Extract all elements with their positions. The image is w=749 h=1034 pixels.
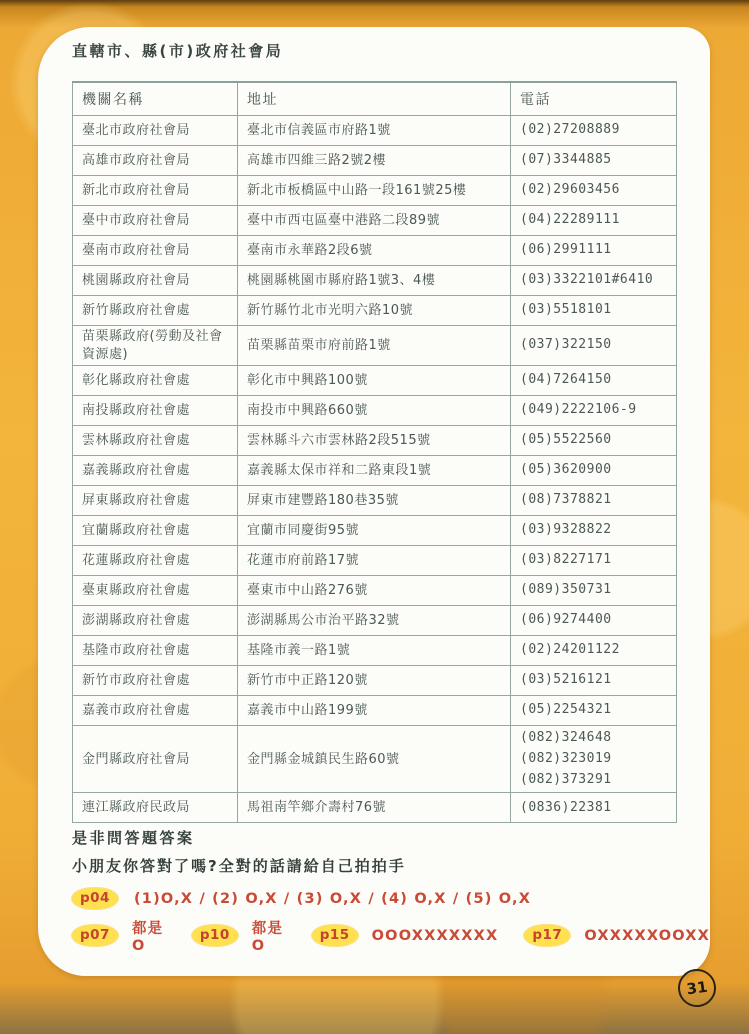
page-ref-badge: p04 — [72, 888, 118, 909]
answers-line-2: p07都是Op10都是Op15OOOXXXXXXXp17OXXXXXOOXX — [72, 917, 710, 954]
page-ref-badge: p07 — [72, 925, 118, 946]
book-page: 直轄市、縣(市)政府社會局 機關名稱 地址 電話 臺北市政府社會局臺北市信義區市… — [38, 27, 710, 976]
header-phone: 電話 — [511, 82, 677, 116]
phone-number: (082)373291 — [520, 770, 670, 791]
phone-cell: (03)3322101#6410 — [511, 266, 677, 296]
phone-cell: (0836)22381 — [511, 793, 677, 823]
table-row: 宜蘭縣政府社會處宜蘭市同慶街95號(03)9328822 — [73, 516, 677, 546]
address-cell: 桃園縣桃園市縣府路1號3、4樓 — [238, 266, 511, 296]
table-row: 雲林縣政府社會處雲林縣斗六市雲林路2段515號(05)5522560 — [73, 426, 677, 456]
org-name-cell: 高雄市政府社會局 — [73, 146, 238, 176]
phone-cell: (02)27208889 — [511, 116, 677, 146]
org-name-cell: 新竹縣政府社會處 — [73, 296, 238, 326]
org-name-cell: 苗栗縣政府(勞動及社會資源處) — [73, 326, 238, 366]
answer-text: 都是O — [252, 917, 286, 954]
phone-cell: (089)350731 — [511, 576, 677, 606]
phone-number: (05)3620900 — [520, 460, 670, 481]
address-cell: 花蓮市府前路17號 — [238, 546, 511, 576]
phone-cell: (06)2991111 — [511, 236, 677, 266]
address-cell: 基隆市義一路1號 — [238, 636, 511, 666]
table-row: 連江縣政府民政局馬祖南竿鄉介壽村76號(0836)22381 — [73, 793, 677, 823]
org-name-cell: 澎湖縣政府社會處 — [73, 606, 238, 636]
phone-number: (02)27208889 — [520, 120, 670, 141]
address-cell: 嘉義市中山路199號 — [238, 696, 511, 726]
table-row: 臺中市政府社會局臺中市西屯區臺中港路二段89號(04)22289111 — [73, 206, 677, 236]
phone-number: (05)2254321 — [520, 700, 670, 721]
phone-number: (04)7264150 — [520, 370, 670, 391]
table-row: 彰化縣政府社會處彰化市中興路100號(04)7264150 — [73, 366, 677, 396]
phone-number: (03)3322101#6410 — [520, 270, 670, 291]
phone-number: (03)5216121 — [520, 670, 670, 691]
address-cell: 嘉義縣太保市祥和二路東段1號 — [238, 456, 511, 486]
org-name-cell: 雲林縣政府社會處 — [73, 426, 238, 456]
address-cell: 澎湖縣馬公市治平路32號 — [238, 606, 511, 636]
answer-group: p10都是O — [192, 917, 286, 954]
answer-text: (1)O,X / (2) O,X / (3) O,X / (4) O,X / (… — [134, 891, 531, 907]
phone-cell: (04)7264150 — [511, 366, 677, 396]
address-cell: 彰化市中興路100號 — [238, 366, 511, 396]
org-name-cell: 屏東縣政府社會處 — [73, 486, 238, 516]
directory-table: 機關名稱 地址 電話 臺北市政府社會局臺北市信義區市府路1號(02)272088… — [72, 81, 677, 823]
address-cell: 臺南市永華路2段6號 — [238, 236, 511, 266]
org-name-cell: 臺北市政府社會局 — [73, 116, 238, 146]
phone-number: (06)2991111 — [520, 240, 670, 261]
table-row: 基隆市政府社會處基隆市義一路1號(02)24201122 — [73, 636, 677, 666]
answer-group: p17OXXXXXOOXX — [524, 925, 710, 946]
page-ref-badge: p15 — [312, 925, 358, 946]
phone-number: (05)5522560 — [520, 430, 670, 451]
address-cell: 宜蘭市同慶街95號 — [238, 516, 511, 546]
answers-heading: 是非問答題答案 — [72, 827, 195, 848]
table-row: 新竹縣政府社會處新竹縣竹北市光明六路10號(03)5518101 — [73, 296, 677, 326]
address-cell: 雲林縣斗六市雲林路2段515號 — [238, 426, 511, 456]
phone-cell: (05)2254321 — [511, 696, 677, 726]
address-cell: 臺北市信義區市府路1號 — [238, 116, 511, 146]
address-cell: 新北市板橋區中山路一段161號25樓 — [238, 176, 511, 206]
phone-cell: (08)7378821 — [511, 486, 677, 516]
org-name-cell: 新北市政府社會局 — [73, 176, 238, 206]
phone-cell: (04)22289111 — [511, 206, 677, 236]
org-name-cell: 桃園縣政府社會局 — [73, 266, 238, 296]
phone-number: (03)8227171 — [520, 550, 670, 571]
phone-cell: (03)8227171 — [511, 546, 677, 576]
phone-cell: (06)9274400 — [511, 606, 677, 636]
phone-cell: (05)5522560 — [511, 426, 677, 456]
answer-group: p07都是O — [72, 917, 166, 954]
table-row: 南投縣政府社會處南投市中興路660號(049)2222106-9 — [73, 396, 677, 426]
table-row: 苗栗縣政府(勞動及社會資源處)苗栗縣苗栗市府前路1號(037)322150 — [73, 326, 677, 366]
phone-number: (082)324648 — [520, 728, 670, 749]
phone-cell: (082)324648(082)323019(082)373291 — [511, 726, 677, 793]
answers-line-1: p04 (1)O,X / (2) O,X / (3) O,X / (4) O,X… — [72, 888, 531, 909]
answer-text: 都是O — [132, 917, 166, 954]
phone-number: (06)9274400 — [520, 610, 670, 631]
phone-cell: (037)322150 — [511, 326, 677, 366]
table-row: 新北市政府社會局新北市板橋區中山路一段161號25樓(02)29603456 — [73, 176, 677, 206]
table-row: 嘉義市政府社會處嘉義市中山路199號(05)2254321 — [73, 696, 677, 726]
org-name-cell: 連江縣政府民政局 — [73, 793, 238, 823]
org-name-cell: 臺南市政府社會局 — [73, 236, 238, 266]
table-row: 高雄市政府社會局高雄市四維三路2號2樓(07)3344885 — [73, 146, 677, 176]
table-row: 澎湖縣政府社會處澎湖縣馬公市治平路32號(06)9274400 — [73, 606, 677, 636]
phone-number: (049)2222106-9 — [520, 400, 670, 421]
phone-cell: (07)3344885 — [511, 146, 677, 176]
phone-cell: (02)24201122 — [511, 636, 677, 666]
phone-cell: (02)29603456 — [511, 176, 677, 206]
phone-number: (03)9328822 — [520, 520, 670, 541]
page-ref-badge: p17 — [524, 925, 570, 946]
table-row: 新竹市政府社會處新竹市中正路120號(03)5216121 — [73, 666, 677, 696]
table-row: 臺北市政府社會局臺北市信義區市府路1號(02)27208889 — [73, 116, 677, 146]
answers-subheading: 小朋友你答對了嗎?全對的話請給自己拍拍手 — [72, 855, 406, 876]
table-row: 金門縣政府社會局金門縣金城鎮民生路60號(082)324648(082)3230… — [73, 726, 677, 793]
org-name-cell: 金門縣政府社會局 — [73, 726, 238, 793]
phone-number: (04)22289111 — [520, 210, 670, 231]
phone-cell: (03)9328822 — [511, 516, 677, 546]
address-cell: 新竹縣竹北市光明六路10號 — [238, 296, 511, 326]
address-cell: 苗栗縣苗栗市府前路1號 — [238, 326, 511, 366]
address-cell: 金門縣金城鎮民生路60號 — [238, 726, 511, 793]
org-name-cell: 嘉義縣政府社會處 — [73, 456, 238, 486]
phone-number: (0836)22381 — [520, 798, 670, 819]
phone-number: (089)350731 — [520, 580, 670, 601]
phone-number: (07)3344885 — [520, 150, 670, 171]
table-header: 機關名稱 地址 電話 — [73, 82, 677, 116]
address-cell: 屏東市建豐路180巷35號 — [238, 486, 511, 516]
page-number: 31 — [685, 978, 708, 999]
header-org-name: 機關名稱 — [73, 82, 238, 116]
org-name-cell: 臺中市政府社會局 — [73, 206, 238, 236]
org-name-cell: 新竹市政府社會處 — [73, 666, 238, 696]
phone-number: (08)7378821 — [520, 490, 670, 511]
phone-number: (03)5518101 — [520, 300, 670, 321]
phone-number: (082)323019 — [520, 749, 670, 770]
phone-number: (02)29603456 — [520, 180, 670, 201]
address-cell: 臺中市西屯區臺中港路二段89號 — [238, 206, 511, 236]
phone-cell: (049)2222106-9 — [511, 396, 677, 426]
org-name-cell: 嘉義市政府社會處 — [73, 696, 238, 726]
phone-number: (037)322150 — [520, 335, 670, 356]
address-cell: 馬祖南竿鄉介壽村76號 — [238, 793, 511, 823]
table-row: 屏東縣政府社會處屏東市建豐路180巷35號(08)7378821 — [73, 486, 677, 516]
header-address: 地址 — [238, 82, 511, 116]
address-cell: 高雄市四維三路2號2樓 — [238, 146, 511, 176]
table-row: 桃園縣政府社會局桃園縣桃園市縣府路1號3、4樓(03)3322101#6410 — [73, 266, 677, 296]
table-row: 嘉義縣政府社會處嘉義縣太保市祥和二路東段1號(05)3620900 — [73, 456, 677, 486]
phone-cell: (03)5216121 — [511, 666, 677, 696]
org-name-cell: 彰化縣政府社會處 — [73, 366, 238, 396]
org-name-cell: 基隆市政府社會處 — [73, 636, 238, 666]
table-row: 花蓮縣政府社會處花蓮市府前路17號(03)8227171 — [73, 546, 677, 576]
page-title: 直轄市、縣(市)政府社會局 — [72, 40, 283, 61]
answer-text: OXXXXXOOXX — [584, 928, 710, 944]
phone-number: (02)24201122 — [520, 640, 670, 661]
table-row: 臺南市政府社會局臺南市永華路2段6號(06)2991111 — [73, 236, 677, 266]
phone-cell: (05)3620900 — [511, 456, 677, 486]
phone-cell: (03)5518101 — [511, 296, 677, 326]
org-name-cell: 宜蘭縣政府社會處 — [73, 516, 238, 546]
org-name-cell: 臺東縣政府社會處 — [73, 576, 238, 606]
answer-text: OOOXXXXXXX — [372, 928, 499, 944]
answer-group: p15OOOXXXXXXX — [312, 925, 499, 946]
org-name-cell: 南投縣政府社會處 — [73, 396, 238, 426]
org-name-cell: 花蓮縣政府社會處 — [73, 546, 238, 576]
page-ref-badge: p10 — [192, 925, 238, 946]
address-cell: 臺東市中山路276號 — [238, 576, 511, 606]
address-cell: 新竹市中正路120號 — [238, 666, 511, 696]
table-row: 臺東縣政府社會處臺東市中山路276號(089)350731 — [73, 576, 677, 606]
address-cell: 南投市中興路660號 — [238, 396, 511, 426]
